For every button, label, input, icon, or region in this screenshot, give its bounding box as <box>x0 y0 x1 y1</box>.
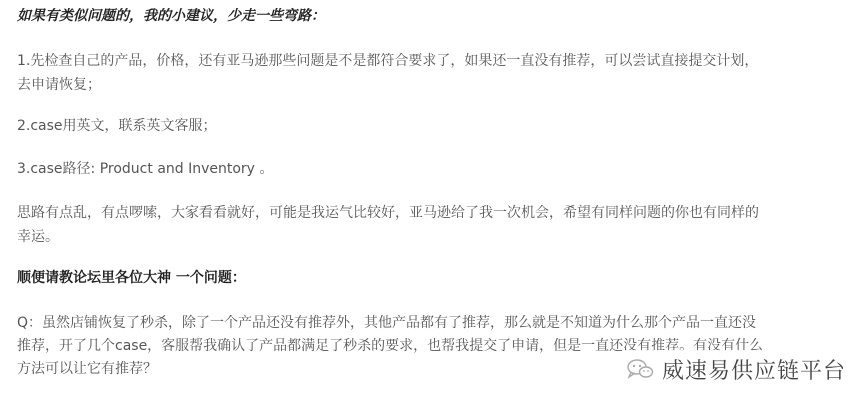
tip-2: 2.case用英文，联系英文客服； <box>17 116 217 136</box>
question-heading: 顺便请教论坛里各位大神 一个问题： <box>17 268 246 288</box>
question-line-3: 方法可以让它有推荐？ <box>17 359 157 379</box>
tip-1-line-1: 1.先检查自己的产品，价格，还有亚马逊那些问题是不是都符合要求了，如果还一直没有… <box>17 51 758 71</box>
watermark-text: 威速易供应链平台 <box>662 354 846 385</box>
tip-3: 3.case路径: Product and Inventory 。 <box>17 159 273 179</box>
wechat-icon <box>626 358 654 380</box>
question-line-1: Q：虽然店铺恢复了秒杀，除了一个产品还没有推荐外，其他产品都有了推荐，那么就是不… <box>17 313 756 333</box>
reflection-line-2: 幸运。 <box>17 227 59 247</box>
reflection-line-1: 思路有点乱，有点啰嗦，大家看看就好，可能是我运气比较好，亚马逊给了我一次机会，希… <box>17 203 759 223</box>
watermark: 威速易供应链平台 <box>622 350 852 388</box>
tip-1-line-2: 去申请恢复； <box>17 75 101 95</box>
tips-heading: 如果有类似问题的，我的小建议，少走一些弯路： <box>17 6 325 26</box>
